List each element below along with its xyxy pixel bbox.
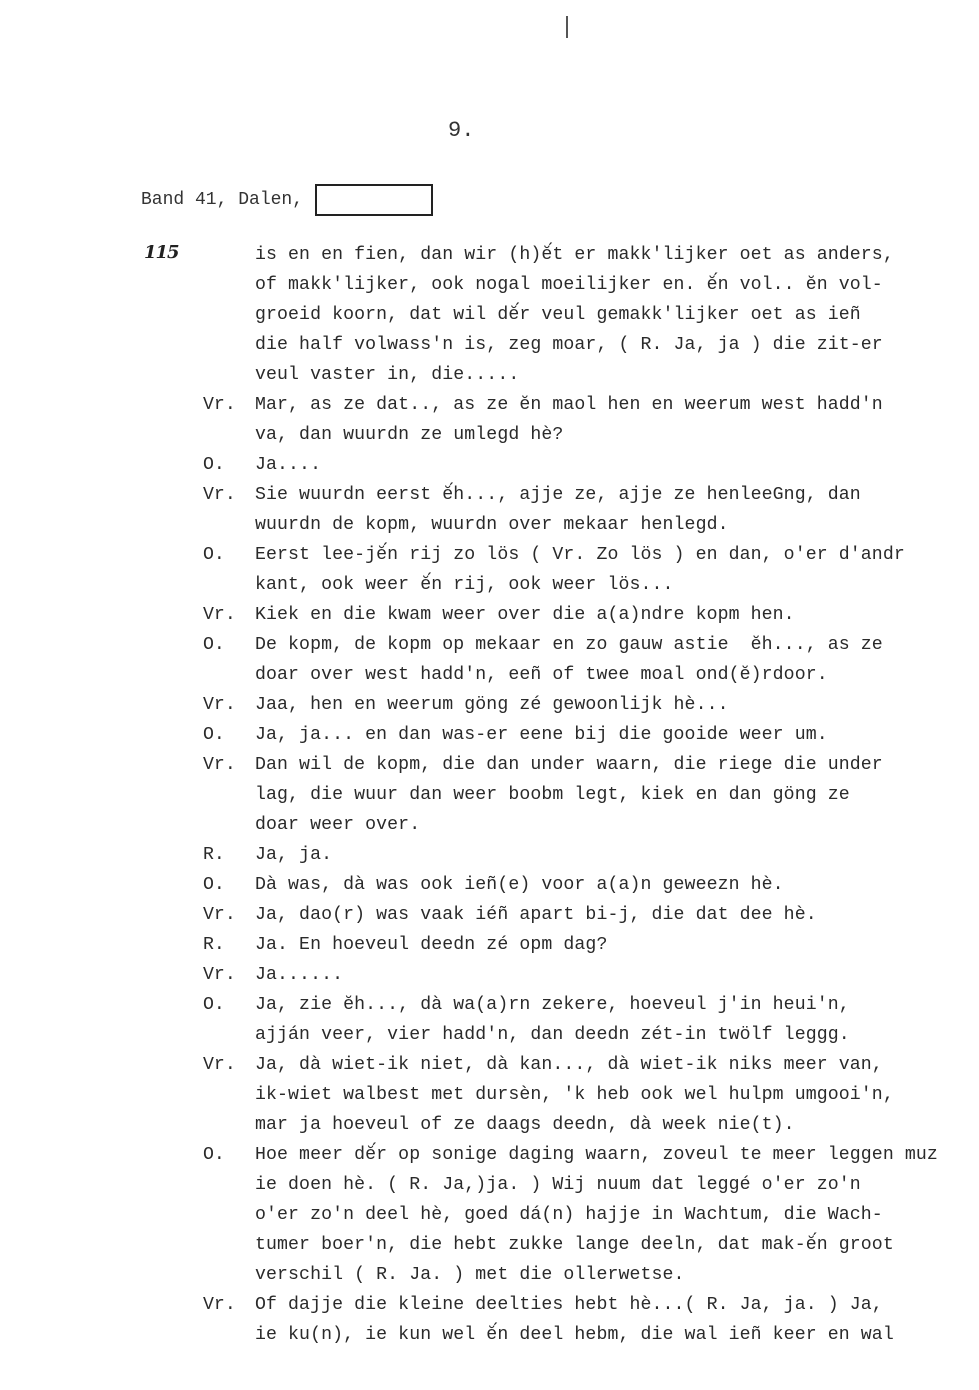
utterance-text: Ja...... — [255, 960, 979, 990]
utterance-text: wuurdn de kopm, wuurdn over mekaar henle… — [255, 510, 979, 540]
utterance-text: De kopm, de kopm op mekaar en zo gauw as… — [255, 630, 979, 660]
utterance-text: mar ja hoeveul of ze daags deedn, dà wee… — [255, 1110, 979, 1140]
page-number: 9. — [448, 118, 474, 143]
transcript-line: Vr.Sie wuurdn eerst ĕ́h..., ajje ze, ajj… — [203, 480, 979, 510]
speaker-label: Vr. — [203, 750, 255, 780]
scan-mark — [566, 16, 568, 38]
transcript-line: o'er zo'n deel hè, goed dá(n) hajje in W… — [203, 1200, 979, 1230]
utterance-text: Ja, ja... en dan was-er eene bij die goo… — [255, 720, 979, 750]
utterance-text: ie doen hè. ( R. Ja,)ja. ) Wij nuum dat … — [255, 1170, 979, 1200]
header-label: Band 41, Dalen, — [141, 190, 303, 210]
transcript-line: O.Ja.... — [203, 450, 979, 480]
transcript-line: Vr.Of dajje die kleine deelties hebt hè.… — [203, 1290, 979, 1320]
utterance-text: Ja. En hoeveul deedn zé opm dag? — [255, 930, 979, 960]
utterance-text: Kiek en die kwam weer over die a(a)ndre … — [255, 600, 979, 630]
utterance-text: Ja, zie ĕh..., dà wa(a)rn zekere, hoeveu… — [255, 990, 979, 1020]
utterance-text: lag, die wuur dan weer boobm legt, kiek … — [255, 780, 979, 810]
utterance-text: Dan wil de kopm, die dan under waarn, di… — [255, 750, 979, 780]
utterance-text: die half volwass'n is, zeg moar, ( R. Ja… — [255, 330, 979, 360]
utterance-text: Sie wuurdn eerst ĕ́h..., ajje ze, ajje z… — [255, 480, 979, 510]
speaker-label: R. — [203, 930, 255, 960]
transcript-line: ie ku(n), ie kun wel ĕ́n deel hebm, die … — [203, 1320, 979, 1350]
speaker-label: Vr. — [203, 390, 255, 420]
transcript-line: ajján veer, vier hadd'n, dan deedn zét-i… — [203, 1020, 979, 1050]
utterance-text: Dà was, dà was ook ieñ(e) voor a(a)n gew… — [255, 870, 979, 900]
document-header: Band 41, Dalen, — [141, 184, 433, 216]
transcript-line: R.Ja, ja. — [203, 840, 979, 870]
utterance-text: veul vaster in, die..... — [255, 360, 979, 390]
utterance-text: ajján veer, vier hadd'n, dan deedn zét-i… — [255, 1020, 979, 1050]
transcript-line: O.Hoe meer dĕ́r op sonige daging waarn, … — [203, 1140, 979, 1170]
speaker-label: Vr. — [203, 1290, 255, 1320]
transcript-line: O.Ja, ja... en dan was-er eene bij die g… — [203, 720, 979, 750]
transcript: is en en fien, dan wir (h)ĕ́t er makk'li… — [203, 240, 979, 1350]
utterance-text: Ja, dà wiet-ik niet, dà kan..., dà wiet-… — [255, 1050, 979, 1080]
transcript-line: va, dan wuurdn ze umlegd hè? — [203, 420, 979, 450]
speaker-label: Vr. — [203, 900, 255, 930]
utterance-text: Ja, dao(r) was vaak iéñ apart bi-j, die … — [255, 900, 979, 930]
speaker-label: O. — [203, 540, 255, 570]
utterance-text: Ja, ja. — [255, 840, 979, 870]
utterance-text: va, dan wuurdn ze umlegd hè? — [255, 420, 979, 450]
transcript-line: groeid koorn, dat wil dĕ́r veul gemakk'l… — [203, 300, 979, 330]
transcript-line: doar weer over. — [203, 810, 979, 840]
transcript-line: of makk'lijker, ook nogal moeilijker en.… — [203, 270, 979, 300]
transcript-line: is en en fien, dan wir (h)ĕ́t er makk'li… — [203, 240, 979, 270]
speaker-label: O. — [203, 870, 255, 900]
transcript-line: doar over west hadd'n, eeñ of twee moal … — [203, 660, 979, 690]
utterance-text: kant, ook weer ĕ́n rij, ook weer lös... — [255, 570, 979, 600]
utterance-text: verschil ( R. Ja. ) met die ollerwetse. — [255, 1260, 979, 1290]
transcript-line: verschil ( R. Ja. ) met die ollerwetse. — [203, 1260, 979, 1290]
utterance-text: Eerst lee-jĕ́n rij zo lös ( Vr. Zo lös )… — [255, 540, 979, 570]
transcript-line: O.Dà was, dà was ook ieñ(e) voor a(a)n g… — [203, 870, 979, 900]
speaker-label: O. — [203, 720, 255, 750]
utterance-text: Of dajje die kleine deelties hebt hè...(… — [255, 1290, 979, 1320]
utterance-text: Mar, as ze dat.., as ze ĕn maol hen en w… — [255, 390, 979, 420]
speaker-label: Vr. — [203, 690, 255, 720]
utterance-text: tumer boer'n, die hebt zukke lange deeln… — [255, 1230, 979, 1260]
utterance-text: ie ku(n), ie kun wel ĕ́n deel hebm, die … — [255, 1320, 979, 1350]
transcript-line: wuurdn de kopm, wuurdn over mekaar henle… — [203, 510, 979, 540]
utterance-text: groeid koorn, dat wil dĕ́r veul gemakk'l… — [255, 300, 979, 330]
transcript-line: O.Ja, zie ĕh..., dà wa(a)rn zekere, hoev… — [203, 990, 979, 1020]
speaker-label: R. — [203, 840, 255, 870]
transcript-line: mar ja hoeveul of ze daags deedn, dà wee… — [203, 1110, 979, 1140]
transcript-line: lag, die wuur dan weer boobm legt, kiek … — [203, 780, 979, 810]
transcript-line: Vr.Ja, dà wiet-ik niet, dà kan..., dà wi… — [203, 1050, 979, 1080]
transcript-line: die half volwass'n is, zeg moar, ( R. Ja… — [203, 330, 979, 360]
utterance-text: o'er zo'n deel hè, goed dá(n) hajje in W… — [255, 1200, 979, 1230]
redacted-name-box — [315, 184, 433, 216]
speaker-label: Vr. — [203, 480, 255, 510]
margin-note: 115 — [144, 242, 179, 263]
transcript-line: ik-wiet walbest met dursèn, 'k heb ook w… — [203, 1080, 979, 1110]
transcript-line: O.Eerst lee-jĕ́n rij zo lös ( Vr. Zo lös… — [203, 540, 979, 570]
utterance-text: ik-wiet walbest met dursèn, 'k heb ook w… — [255, 1080, 979, 1110]
transcript-line: R.Ja. En hoeveul deedn zé opm dag? — [203, 930, 979, 960]
utterance-text: doar over west hadd'n, eeñ of twee moal … — [255, 660, 979, 690]
transcript-line: ie doen hè. ( R. Ja,)ja. ) Wij nuum dat … — [203, 1170, 979, 1200]
utterance-text: Hoe meer dĕ́r op sonige daging waarn, zo… — [255, 1140, 979, 1170]
transcript-line: Vr.Dan wil de kopm, die dan under waarn,… — [203, 750, 979, 780]
utterance-text: Ja.... — [255, 450, 979, 480]
transcript-line: Vr.Mar, as ze dat.., as ze ĕn maol hen e… — [203, 390, 979, 420]
transcript-line: Vr.Ja, dao(r) was vaak iéñ apart bi-j, d… — [203, 900, 979, 930]
speaker-label: Vr. — [203, 1050, 255, 1080]
utterance-text: doar weer over. — [255, 810, 979, 840]
transcript-line: Vr.Kiek en die kwam weer over die a(a)nd… — [203, 600, 979, 630]
transcript-line: kant, ook weer ĕ́n rij, ook weer lös... — [203, 570, 979, 600]
transcript-line: O.De kopm, de kopm op mekaar en zo gauw … — [203, 630, 979, 660]
speaker-label: O. — [203, 630, 255, 660]
speaker-label: O. — [203, 990, 255, 1020]
transcript-line: tumer boer'n, die hebt zukke lange deeln… — [203, 1230, 979, 1260]
speaker-label: Vr. — [203, 960, 255, 990]
transcript-line: Vr.Ja...... — [203, 960, 979, 990]
speaker-label: Vr. — [203, 600, 255, 630]
utterance-text: Jaa, hen en weerum göng zé gewoonlijk hè… — [255, 690, 979, 720]
utterance-text: of makk'lijker, ook nogal moeilijker en.… — [255, 270, 979, 300]
transcript-line: veul vaster in, die..... — [203, 360, 979, 390]
speaker-label: O. — [203, 450, 255, 480]
transcript-line: Vr.Jaa, hen en weerum göng zé gewoonlijk… — [203, 690, 979, 720]
speaker-label: O. — [203, 1140, 255, 1170]
utterance-text: is en en fien, dan wir (h)ĕ́t er makk'li… — [255, 240, 979, 270]
